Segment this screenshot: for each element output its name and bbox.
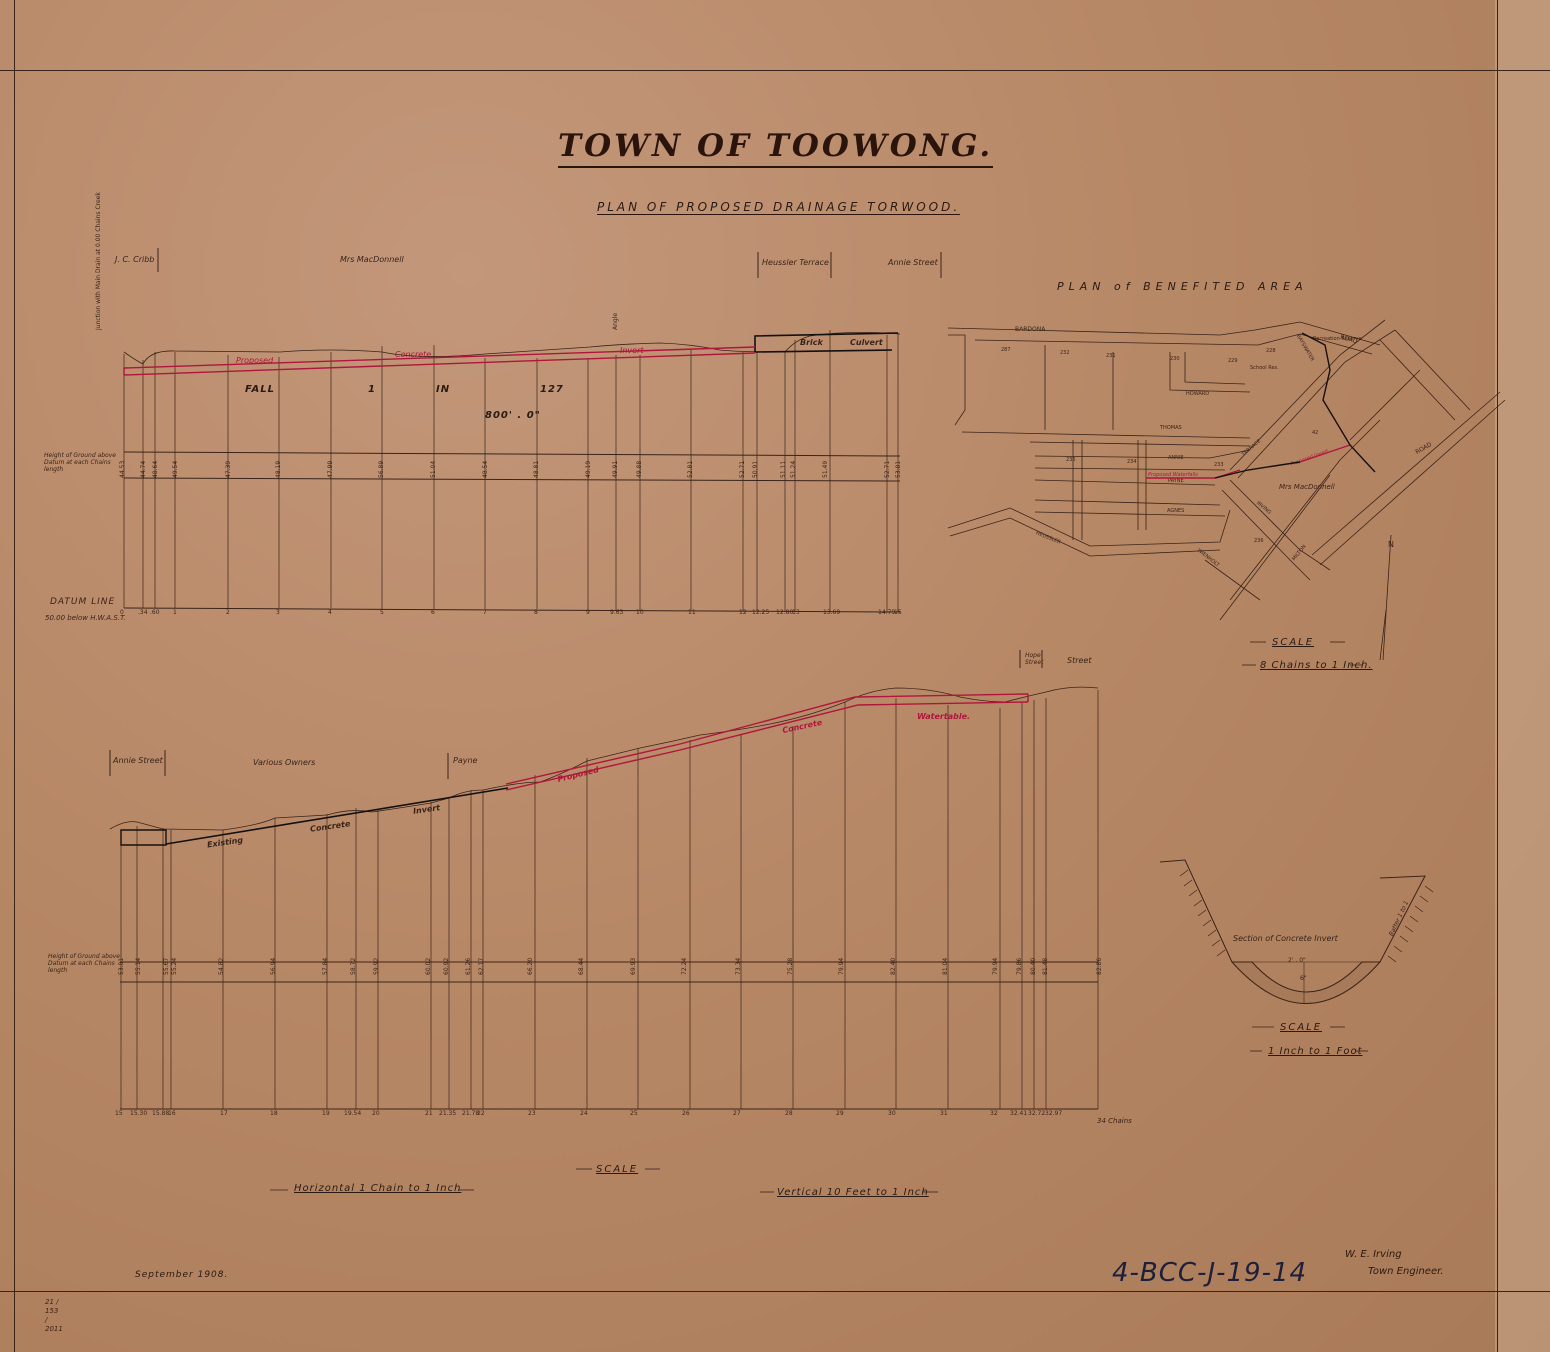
drawing-linework	[0, 0, 1550, 1352]
invert-section-drawing	[1160, 860, 1433, 1004]
north-arrow-icon	[1380, 535, 1391, 660]
